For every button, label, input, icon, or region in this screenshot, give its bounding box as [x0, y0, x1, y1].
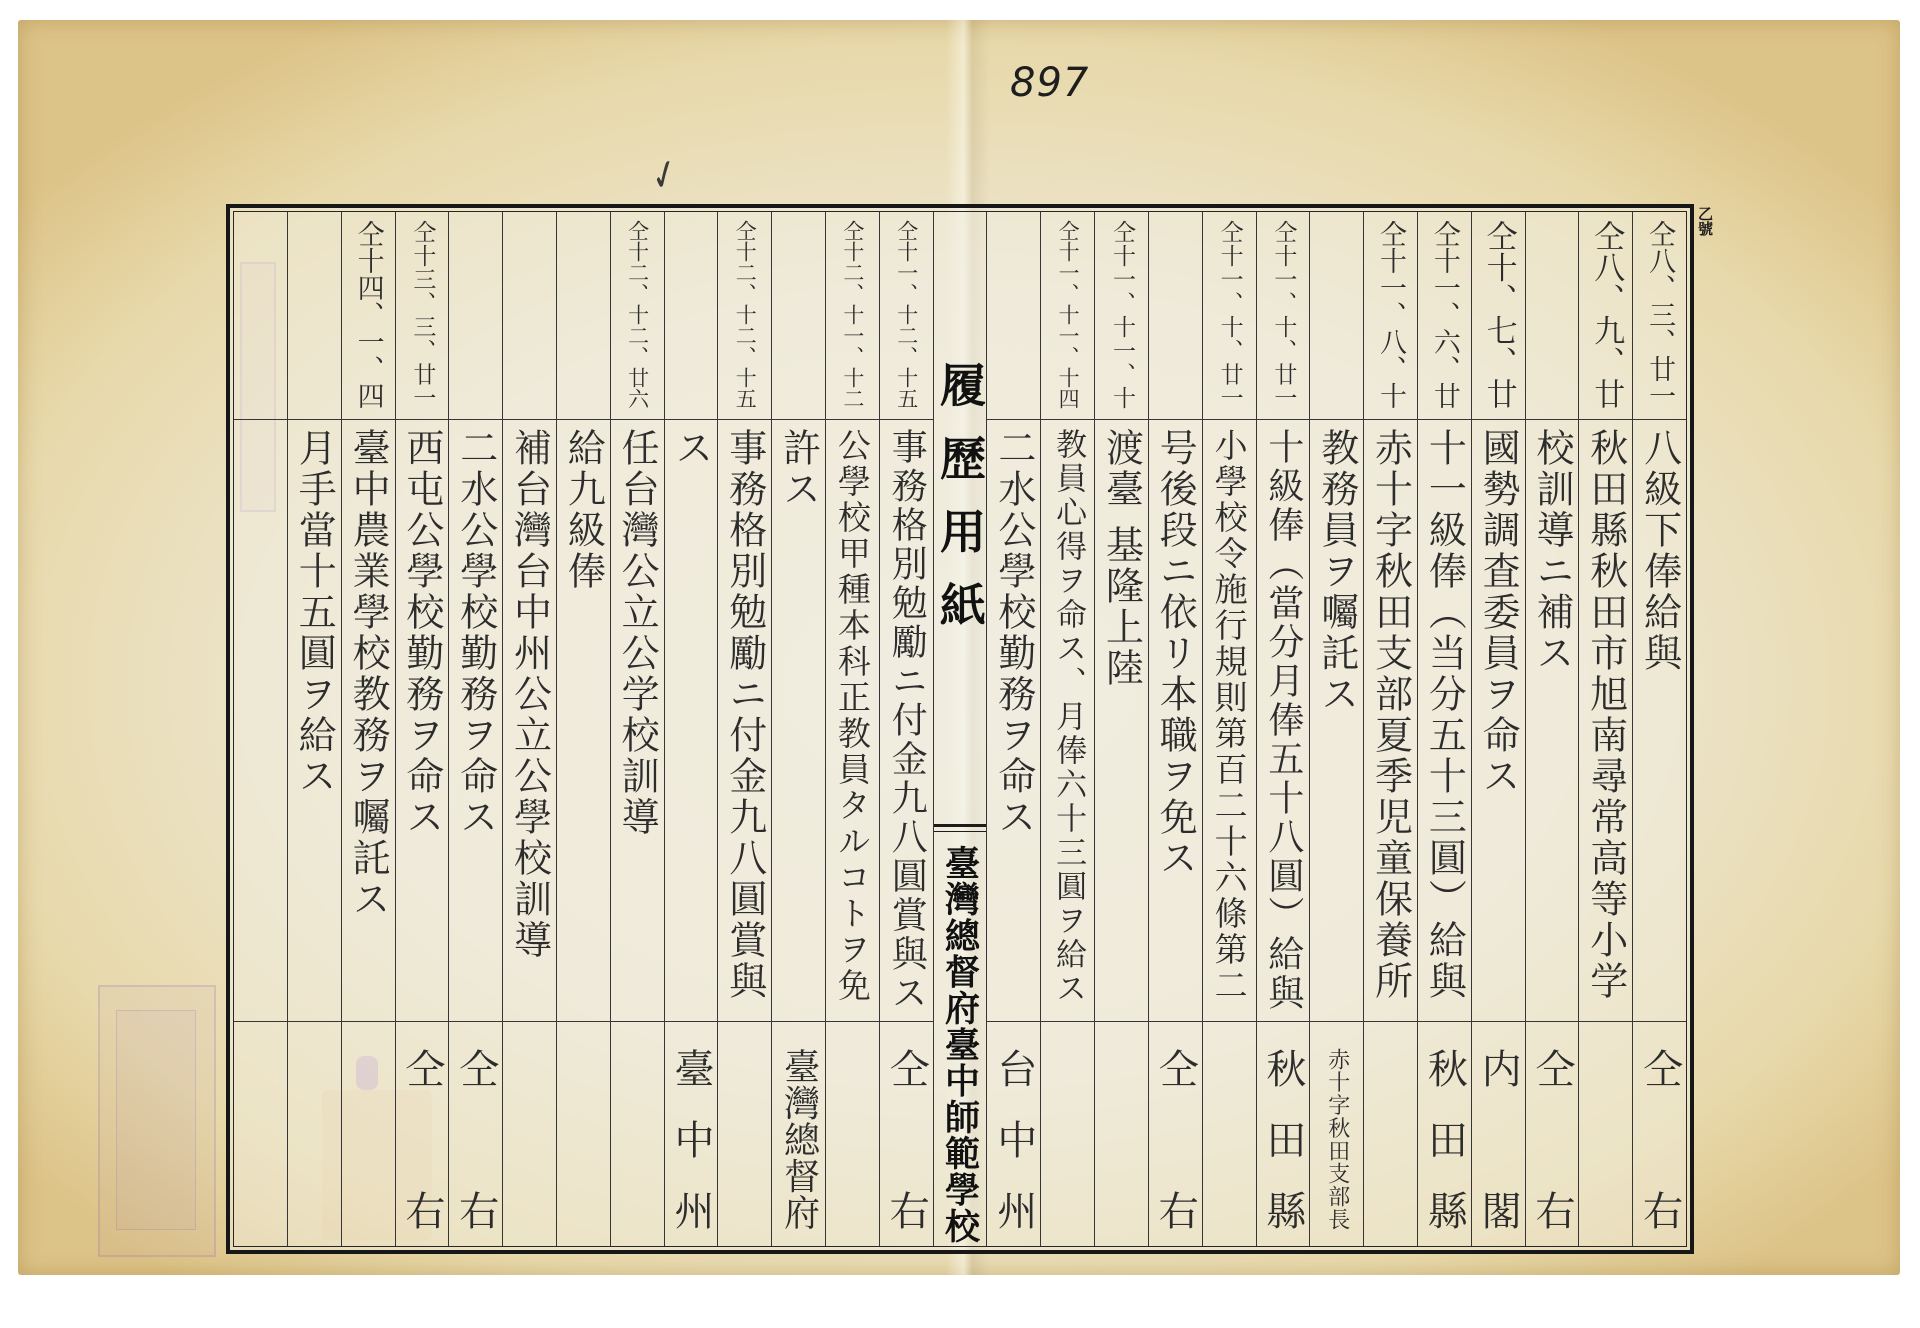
date-cell: 仝八、三、廿一: [1633, 212, 1686, 420]
event-cell: 二水公學校勤務ヲ命ス: [987, 420, 1040, 1022]
double-rule: [934, 824, 987, 832]
event-cell: 西屯公學校勤務ヲ命ス: [396, 420, 449, 1022]
event-cell: 任台灣公立公学校訓導: [611, 420, 664, 1022]
date-cell: [557, 212, 610, 420]
authority-cell: [1041, 1022, 1094, 1246]
event-cell: 号後段ニ依リ本職ヲ免ス: [1149, 420, 1202, 1022]
event-cell: [234, 420, 287, 1022]
date-cell: 仝十一、六、廿: [1418, 212, 1471, 420]
record-date: 仝十一、十、廿一: [1218, 220, 1241, 409]
record-column: 仝八、三、廿一 八級下俸給與 仝右: [1632, 212, 1686, 1246]
record-date: 仝十一、十一、十四: [1057, 220, 1078, 409]
event-cell: 二水公學校勤務ヲ命ス: [449, 420, 502, 1022]
record-column: 校訓導ニ補ス 仝右: [1525, 212, 1579, 1246]
date-cell: [1526, 212, 1579, 420]
record-authority: 仝右: [402, 1048, 442, 1230]
event-cell: 公學校甲種本科正教員タルコトヲ免: [826, 420, 879, 1022]
authority-cell: [718, 1022, 771, 1246]
event-cell: 小學校令施行規則第百二十六條第二: [1203, 420, 1256, 1022]
date-cell: [1149, 212, 1202, 420]
authority-cell: 秋田縣: [1257, 1022, 1310, 1246]
event-cell: 赤十字秋田支部夏季児童保養所: [1364, 420, 1417, 1022]
date-cell: [288, 212, 341, 420]
date-cell: 仝十一、十二、十五: [880, 212, 933, 420]
form-title: 履歷用紙: [937, 361, 983, 627]
record-event: 十級俸（當分月俸五十八圓）給與: [1265, 428, 1301, 1015]
record-authority: 仝右: [1640, 1048, 1680, 1230]
record-column: 二水公學校勤務ヲ命ス 台中州: [986, 212, 1040, 1246]
record-date: 仝十一、八、十: [1377, 220, 1404, 409]
date-cell: 仝十二、十二、十五: [718, 212, 771, 420]
event-cell: 月手當十五圓ヲ給ス: [288, 420, 341, 1022]
resume-form-table: 仝八、三、廿一 八級下俸給與 仝右 仝八、九、廿 秋田縣秋田市旭南尋常高等小学 …: [226, 204, 1694, 1254]
authority-cell: 赤十字秋田支部長: [1310, 1022, 1363, 1246]
record-date: 仝十二、十二、十五: [734, 220, 755, 409]
event-cell: 校訓導ニ補ス: [1526, 420, 1579, 1022]
authority-cell: 秋田縣: [1418, 1022, 1471, 1246]
record-authority: 台中州: [994, 1048, 1034, 1230]
record-event: 校訓導ニ補ス: [1533, 428, 1571, 1015]
authority-cell: [826, 1022, 879, 1246]
authority-cell: [342, 1022, 395, 1246]
record-authority: 仝右: [1532, 1048, 1572, 1230]
date-cell: [449, 212, 502, 420]
record-event: 二水公學校勤務ヲ命ス: [995, 428, 1033, 1015]
authority-cell: [503, 1022, 556, 1246]
authority-cell: [1203, 1022, 1256, 1246]
authority-cell: [288, 1022, 341, 1246]
record-authority: 内閣: [1478, 1048, 1518, 1230]
record-event: 西屯公學校勤務ヲ命ス: [403, 428, 441, 1015]
record-authority: 仝右: [1155, 1048, 1195, 1230]
date-cell: 仝十一、十、廿一: [1257, 212, 1310, 420]
record-event: 臺中農業學校教務ヲ囑託ス: [349, 428, 387, 1015]
authority-cell: [1364, 1022, 1417, 1246]
record-date: 仝十四、一、四: [355, 220, 382, 409]
record-event: 小學校令施行規則第百二十六條第二: [1213, 428, 1246, 1015]
record-date: 仝十二、十一、十二: [842, 220, 863, 409]
event-cell: 十一級俸（当分五十三圓）給與: [1418, 420, 1471, 1022]
issuer-block: 臺灣總督府臺中師範學校: [934, 845, 987, 1243]
date-cell: 仝十二、十二、廿六: [611, 212, 664, 420]
record-event: ス: [672, 428, 710, 1015]
authority-cell: 仝右: [1633, 1022, 1686, 1246]
form-title-block: 履歷用紙: [934, 361, 987, 627]
event-cell: 補台灣台中州公立公學校訓導: [503, 420, 556, 1022]
date-cell: 仝十三、三、廿一: [396, 212, 449, 420]
record-column: 仝十一、十二、十五 事務格別勉勵ニ付金九八圓賞與ス 仝右: [879, 212, 933, 1246]
record-column: 給九級俸: [556, 212, 610, 1246]
record-event: 二水公學校勤務ヲ命ス: [457, 428, 495, 1015]
event-cell: 教務員ヲ囑託ス: [1310, 420, 1363, 1022]
authority-cell: 仝右: [449, 1022, 502, 1246]
record-authority: 臺中州: [671, 1048, 711, 1230]
record-column: 許ス 臺灣總督府: [771, 212, 825, 1246]
record-event: 公學校甲種本科正教員タルコトヲ免: [836, 428, 869, 1015]
authority-cell: [1095, 1022, 1148, 1246]
record-date: 仝十一、十、廿一: [1271, 220, 1294, 409]
record-authority: 秋田縣: [1424, 1048, 1464, 1230]
date-cell: [987, 212, 1040, 420]
record-column: 仝十二、十二、十五 事務格別勉勵ニ付金九八圓賞與: [717, 212, 771, 1246]
record-event: 秋田縣秋田市旭南尋常高等小学: [1587, 428, 1625, 1015]
record-date: 仝十、七、廿: [1483, 220, 1514, 409]
record-date: 仝十一、十一、十: [1110, 220, 1133, 409]
authority-cell: 臺灣總督府: [772, 1022, 825, 1246]
record-authority: 臺灣總督府: [781, 1048, 817, 1230]
record-column: 仝十一、十一、十 渡臺 基隆上陸: [1094, 212, 1148, 1246]
event-cell: 事務格別勉勵ニ付金九八圓賞與ス: [880, 420, 933, 1022]
record-column: 号後段ニ依リ本職ヲ免ス 仝右: [1148, 212, 1202, 1246]
event-cell: 給九級俸: [557, 420, 610, 1022]
date-cell: 仝十、七、廿: [1472, 212, 1525, 420]
record-column: 仝八、九、廿 秋田縣秋田市旭南尋常高等小学: [1578, 212, 1632, 1246]
authority-cell: [557, 1022, 610, 1246]
form-code: 乙號: [1697, 206, 1712, 236]
authority-cell: [234, 1022, 287, 1246]
record-column: 教務員ヲ囑託ス 赤十字秋田支部長: [1309, 212, 1363, 1246]
event-cell: 臺中農業學校教務ヲ囑託ス: [342, 420, 395, 1022]
date-cell: [234, 212, 287, 420]
record-authority: 仝右: [886, 1048, 926, 1230]
date-cell: 仝十一、十一、十: [1095, 212, 1148, 420]
record-event: 國勢調査委員ヲ命ス: [1479, 428, 1517, 1015]
event-cell: 教員心得ヲ命ス、月俸六十三圓ヲ給ス: [1041, 420, 1094, 1022]
authority-cell: [611, 1022, 664, 1246]
record-column: 仝十四、一、四 臺中農業學校教務ヲ囑託ス: [341, 212, 395, 1246]
record-date: 仝八、九、廿: [1590, 220, 1621, 409]
record-column: 仝十三、三、廿一 西屯公學校勤務ヲ命ス 仝右: [395, 212, 449, 1246]
record-date: 仝十三、三、廿一: [410, 220, 433, 409]
record-column: 二水公學校勤務ヲ命ス 仝右: [448, 212, 502, 1246]
event-cell: 八級下俸給與: [1633, 420, 1686, 1022]
record-column: 仝十一、八、十 赤十字秋田支部夏季児童保養所: [1363, 212, 1417, 1246]
record-date: 仝十一、六、廿: [1431, 220, 1458, 409]
date-cell: 仝八、九、廿: [1579, 212, 1632, 420]
record-date: 仝十二、十二、廿六: [627, 220, 648, 409]
event-cell: 渡臺 基隆上陸: [1095, 420, 1148, 1022]
record-column: 仝十一、十一、十四 教員心得ヲ命ス、月俸六十三圓ヲ給ス: [1040, 212, 1094, 1246]
faded-seal-stamp-inner: [116, 1010, 196, 1230]
record-authority: 秋田縣: [1263, 1048, 1303, 1230]
authority-cell: 臺中州: [665, 1022, 718, 1246]
event-cell: 國勢調査委員ヲ命ス: [1472, 420, 1525, 1022]
record-column: 補台灣台中州公立公學校訓導: [502, 212, 556, 1246]
event-cell: ス: [665, 420, 718, 1022]
form-columns: 仝八、三、廿一 八級下俸給與 仝右 仝八、九、廿 秋田縣秋田市旭南尋常高等小学 …: [233, 211, 1687, 1247]
record-event: 赤十字秋田支部夏季児童保養所: [1372, 428, 1410, 1015]
date-cell: 仝十一、十一、十四: [1041, 212, 1094, 420]
issuer-name: 臺灣總督府臺中師範學校: [943, 845, 978, 1243]
record-column: 仝十一、十、廿一 十級俸（當分月俸五十八圓）給與 秋田縣: [1256, 212, 1310, 1246]
record-event: 渡臺 基隆上陸: [1102, 428, 1140, 1015]
record-event: 教務員ヲ囑託ス: [1318, 428, 1356, 1015]
record-event: 事務格別勉勵ニ付金九八圓賞與: [726, 428, 764, 1015]
record-event: 補台灣台中州公立公學校訓導: [511, 428, 549, 1015]
record-column: 仝十一、十、廿一 小學校令施行規則第百二十六條第二: [1202, 212, 1256, 1246]
center-title-column: 履歷用紙 臺灣總督府臺中師範學校: [933, 212, 987, 1246]
authority-cell: 仝右: [1526, 1022, 1579, 1246]
record-authority: 仝右: [456, 1048, 496, 1230]
record-event: 八級下俸給與: [1641, 428, 1679, 1015]
event-cell: 許ス: [772, 420, 825, 1022]
date-cell: [665, 212, 718, 420]
record-event: 号後段ニ依リ本職ヲ免ス: [1156, 428, 1194, 1015]
date-cell: 仝十四、一、四: [342, 212, 395, 420]
date-cell: [772, 212, 825, 420]
folio-number: 897: [1010, 60, 1089, 106]
record-event: 月手當十五圓ヲ給ス: [295, 428, 333, 1015]
record-column: 月手當十五圓ヲ給ス: [287, 212, 341, 1246]
record-column: 仝十二、十二、廿六 任台灣公立公学校訓導: [610, 212, 664, 1246]
record-column: 仝十、七、廿 國勢調査委員ヲ命ス 内閣: [1471, 212, 1525, 1246]
date-cell: [1310, 212, 1363, 420]
record-column: [234, 212, 287, 1246]
date-cell: [503, 212, 556, 420]
record-date: 仝十一、十二、十五: [896, 220, 917, 409]
record-event: 教員心得ヲ命ス、月俸六十三圓ヲ給ス: [1052, 428, 1083, 1015]
record-event: 給九級俸: [564, 428, 602, 1015]
record-event: 許ス: [780, 428, 818, 1015]
event-cell: 事務格別勉勵ニ付金九八圓賞與: [718, 420, 771, 1022]
record-column: ス 臺中州: [664, 212, 718, 1246]
date-cell: 仝十二、十一、十二: [826, 212, 879, 420]
date-cell: 仝十一、十、廿一: [1203, 212, 1256, 420]
authority-cell: 仝右: [880, 1022, 933, 1246]
date-cell: 仝十一、八、十: [1364, 212, 1417, 420]
record-event: 十一級俸（当分五十三圓）給與: [1425, 428, 1463, 1015]
record-column: 仝十二、十一、十二 公學校甲種本科正教員タルコトヲ免: [825, 212, 879, 1246]
record-date: 仝八、三、廿一: [1646, 220, 1673, 409]
authority-cell: 台中州: [987, 1022, 1040, 1246]
authority-cell: [1579, 1022, 1632, 1246]
record-column: 仝十一、六、廿 十一級俸（当分五十三圓）給與 秋田縣: [1417, 212, 1471, 1246]
record-event: 任台灣公立公学校訓導: [618, 428, 656, 1015]
event-cell: 十級俸（當分月俸五十八圓）給與: [1257, 420, 1310, 1022]
authority-cell: 仝右: [1149, 1022, 1202, 1246]
authority-cell: 仝右: [396, 1022, 449, 1246]
record-event: 事務格別勉勵ニ付金九八圓賞與ス: [888, 428, 924, 1015]
record-authority: 赤十字秋田支部長: [1326, 1048, 1348, 1230]
authority-cell: 内閣: [1472, 1022, 1525, 1246]
event-cell: 秋田縣秋田市旭南尋常高等小学: [1579, 420, 1632, 1022]
